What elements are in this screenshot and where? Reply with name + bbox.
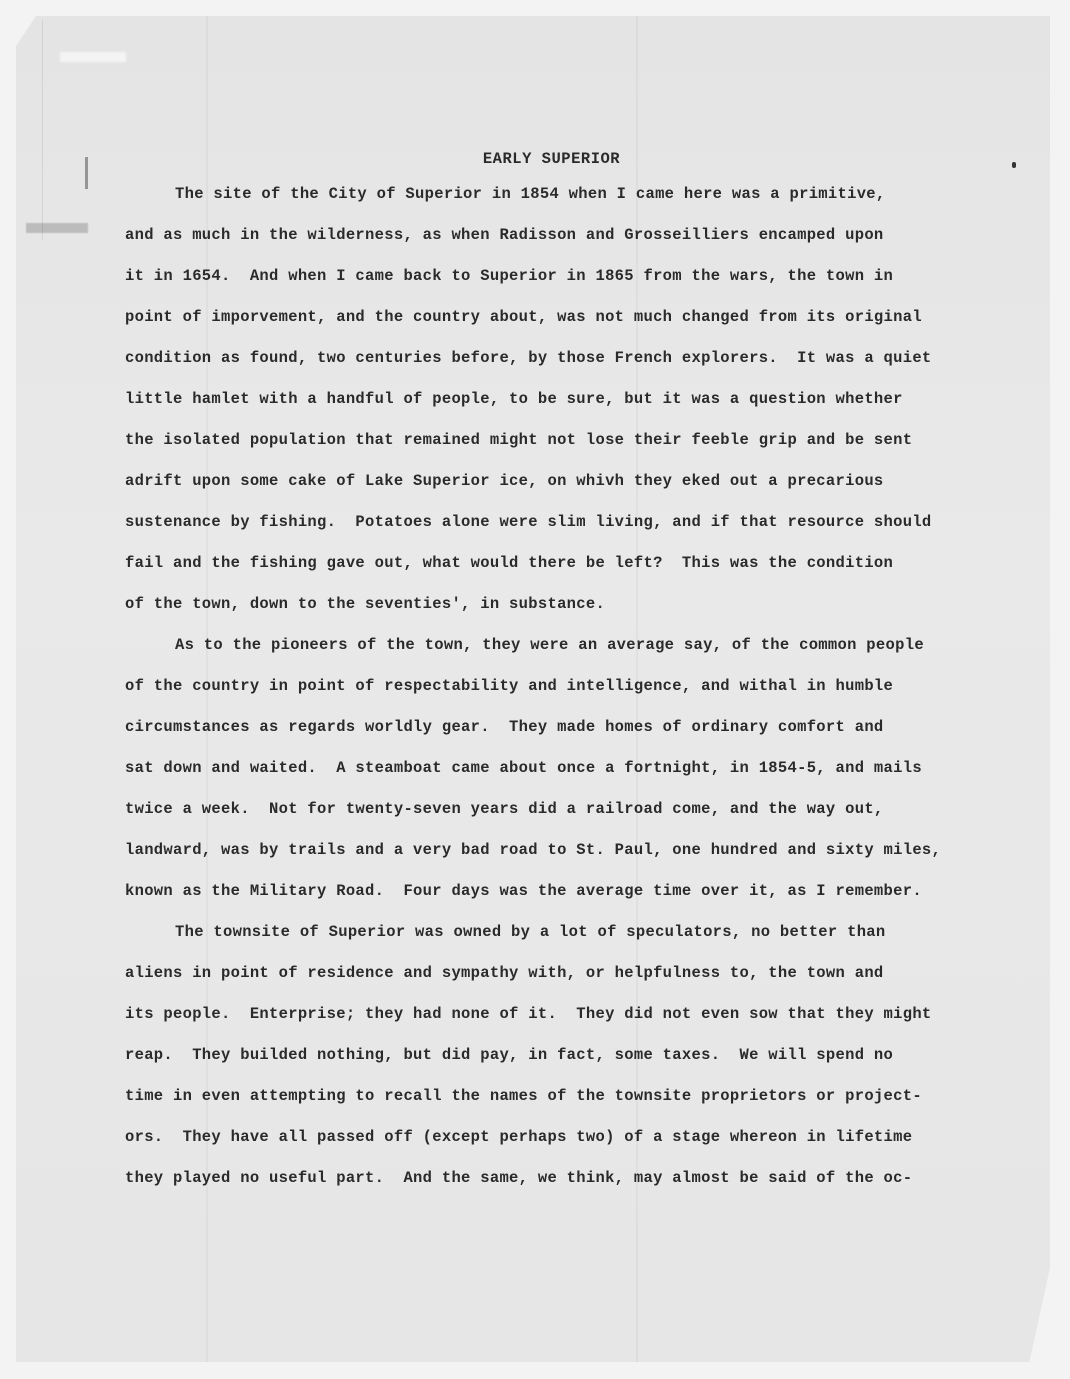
text-line: its people. Enterprise; they had none of… bbox=[125, 1004, 932, 1024]
text-line: of the town, down to the seventies', in … bbox=[125, 594, 605, 614]
text-line: condition as found, two centuries before… bbox=[125, 348, 932, 368]
text-line: and as much in the wilderness, as when R… bbox=[125, 225, 884, 245]
text-line: As to the pioneers of the town, they wer… bbox=[175, 635, 924, 655]
typewritten-page: EARLY SUPERIOR The site of the City of S… bbox=[16, 16, 1050, 1362]
text-line: little hamlet with a handful of people, … bbox=[125, 389, 903, 409]
text-line: known as the Military Road. Four days wa… bbox=[125, 881, 922, 901]
text-line: sustenance by fishing. Potatoes alone we… bbox=[125, 512, 932, 532]
text-line: twice a week. Not for twenty-seven years… bbox=[125, 799, 884, 819]
document-title: EARLY SUPERIOR bbox=[16, 150, 1050, 168]
text-line: fail and the fishing gave out, what woul… bbox=[125, 553, 893, 573]
text-line: The townsite of Superior was owned by a … bbox=[175, 922, 886, 942]
text-line: of the country in point of respectabilit… bbox=[125, 676, 893, 696]
text-line: circumstances as regards worldly gear. T… bbox=[125, 717, 884, 737]
text-line: the isolated population that remained mi… bbox=[125, 430, 912, 450]
text-line: aliens in point of residence and sympath… bbox=[125, 963, 884, 983]
text-line: point of imporvement, and the country ab… bbox=[125, 307, 922, 327]
text-line: The site of the City of Superior in 1854… bbox=[175, 184, 886, 204]
text-line: adrift upon some cake of Lake Superior i… bbox=[125, 471, 884, 491]
text-line: time in even attempting to recall the na… bbox=[125, 1086, 922, 1106]
text-line: reap. They builded nothing, but did pay,… bbox=[125, 1045, 893, 1065]
text-line: sat down and waited. A steamboat came ab… bbox=[125, 758, 922, 778]
text-line: landward, was by trails and a very bad r… bbox=[125, 840, 941, 860]
document-body: EARLY SUPERIOR The site of the City of S… bbox=[16, 16, 1050, 1362]
text-line: ors. They have all passed off (except pe… bbox=[125, 1127, 912, 1147]
text-line: they played no useful part. And the same… bbox=[125, 1168, 912, 1188]
text-line: it in 1654. And when I came back to Supe… bbox=[125, 266, 893, 286]
